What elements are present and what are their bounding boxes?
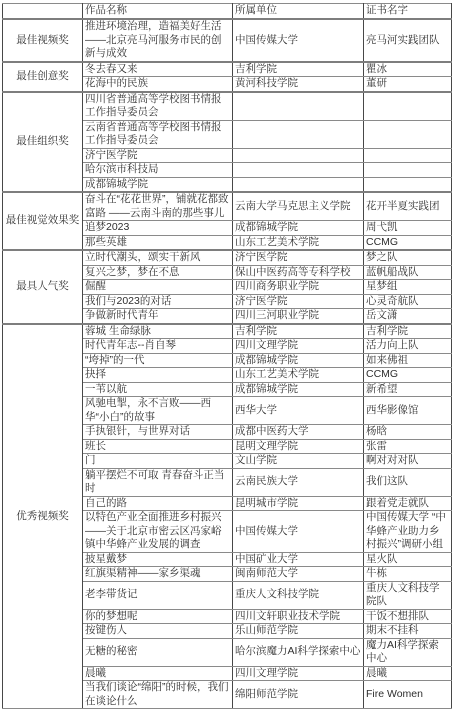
certificate-name-cell: 星梦组: [364, 280, 452, 295]
work-title-cell: 自己的路: [83, 496, 233, 511]
certificate-name-cell: 董研: [364, 77, 452, 92]
award-category-cell: 优秀视频奖: [3, 324, 83, 709]
certificate-name-cell: 瞿冰: [364, 62, 452, 77]
certificate-name-cell: [364, 163, 452, 178]
organization-cell: 成都锦城学院: [233, 221, 364, 236]
work-title-cell: 按键伤人: [83, 624, 233, 639]
work-title-cell: 倔醒: [83, 280, 233, 295]
organization-cell: 济宁医学院: [233, 294, 364, 309]
work-title-cell: 花海中的民族: [83, 77, 233, 92]
certificate-name-cell: Fire Women: [364, 681, 452, 709]
work-title-cell: 我们与2023的对话: [83, 294, 233, 309]
certificate-name-cell: 期末不挂科: [364, 624, 452, 639]
organization-cell: 济宁医学院: [233, 250, 364, 265]
organization-cell: 四川文理学院: [233, 666, 364, 681]
work-title-cell: 晨曦: [83, 666, 233, 681]
certificate-name-cell: [364, 120, 452, 148]
awards-table-body: 最佳视频奖推进环境治理，造福美好生活——北京亮马河服务市民的创新与成效中国传媒大…: [3, 19, 452, 709]
awards-table: 作品名称所属单位证书名字 最佳视频奖推进环境治理，造福美好生活——北京亮马河服务…: [2, 3, 452, 709]
organization-cell: 山东工艺美术学院: [233, 368, 364, 383]
certificate-name-cell: 牛栋: [364, 567, 452, 582]
table-row: 最佳视觉效果奖奋斗在“花花世界”，铺就花都致富路 ——云南斗南的那些事儿云南大学…: [3, 192, 452, 221]
certificate-name-cell: 梦之队: [364, 250, 452, 265]
certificate-name-cell: 活力向上队: [364, 339, 452, 354]
header-row: 作品名称所属单位证书名字: [3, 4, 452, 20]
work-title-cell: 躺平摆烂不可取 青春奋斗正当时: [83, 468, 233, 496]
work-title-cell: 当我们谈论“绵阳”的时候，我们在谈论什么: [83, 681, 233, 709]
organization-cell: 四川三河职业学院: [233, 309, 364, 324]
organization-cell: 成都锦城学院: [233, 382, 364, 397]
work-name-header: 作品名称: [83, 4, 233, 20]
work-title-cell: 蓉城 生命绿脉: [83, 324, 233, 339]
organization-cell: 黄河科技学院: [233, 77, 364, 92]
organization-cell: 昆明文理学院: [233, 439, 364, 454]
certificate-name-cell: 跟着党走就队: [364, 496, 452, 511]
organization-cell: [233, 148, 364, 163]
organization-cell: 昆明城市学院: [233, 496, 364, 511]
organization-cell: 绵阳师范学院: [233, 681, 364, 709]
certificate-name-cell: 啊对对对队: [364, 454, 452, 469]
certificate-name-cell: CCMG: [364, 235, 452, 250]
certificate-name-cell: 中国传媒大学 “中华蜂产业助力乡村振兴”调研小组: [364, 511, 452, 553]
work-title-cell: 云南省普通高等学校图书情报工作指导委员会: [83, 120, 233, 148]
organization-cell: 吉利学院: [233, 62, 364, 77]
certificate-name-cell: 干饭不想排队: [364, 609, 452, 624]
organization-cell: 山东工艺美术学院: [233, 235, 364, 250]
table-row: 优秀视频奖蓉城 生命绿脉吉利学院吉利学院: [3, 324, 452, 339]
awards-sheet: 作品名称所属单位证书名字 最佳视频奖推进环境治理，造福美好生活——北京亮马河服务…: [0, 0, 453, 709]
organization-cell: [233, 92, 364, 121]
organization-cell: 四川文轩职业技术学院: [233, 609, 364, 624]
work-title-cell: 一苇以航: [83, 382, 233, 397]
work-title-cell: 班长: [83, 439, 233, 454]
work-title-cell: 争做新时代青年: [83, 309, 233, 324]
work-title-cell: 复兴之梦，梦在不息: [83, 265, 233, 280]
organization-cell: 中国传媒大学: [233, 19, 364, 62]
organization-cell: 云南大学马克思主义学院: [233, 192, 364, 221]
organization-cell: 乐山师范学院: [233, 624, 364, 639]
award-category-cell: 最佳视觉效果奖: [3, 192, 83, 250]
organization-header: 所属单位: [233, 4, 364, 20]
organization-cell: 文山学院: [233, 454, 364, 469]
work-title-cell: 老李带货记: [83, 581, 233, 609]
organization-cell: 云南民族大学: [233, 468, 364, 496]
certificate-name-cell: 心灵奇航队: [364, 294, 452, 309]
organization-cell: [233, 163, 364, 178]
organization-cell: [233, 177, 364, 192]
certificate-name-cell: 我们这队: [364, 468, 452, 496]
work-title-cell: 推进环境治理，造福美好生活——北京亮马河服务市民的创新与成效: [83, 19, 233, 62]
work-title-cell: 时代青年志--肖自琴: [83, 339, 233, 354]
certificate-name-cell: 如来佛祖: [364, 353, 452, 368]
organization-cell: 中国矿业大学: [233, 552, 364, 567]
work-title-cell: 手执银针，与世界对话: [83, 425, 233, 440]
work-title-cell: 披星戴梦: [83, 552, 233, 567]
award-category-cell: 最佳视频奖: [3, 19, 83, 62]
certificate-name-cell: 西华影像馆: [364, 397, 452, 425]
work-title-cell: 冬去春又来: [83, 62, 233, 77]
certificate-name-cell: 新希望: [364, 382, 452, 397]
award-category-cell: 最佳组织奖: [3, 92, 83, 193]
certificate-name-cell: 亮马河实践团队: [364, 19, 452, 62]
work-title-cell: 四川省普通高等学校图书情报工作指导委员会: [83, 92, 233, 121]
work-title-cell: 风驰电掣，永不言败——西华“小白”的故事: [83, 397, 233, 425]
work-title-cell: 济宁医学院: [83, 148, 233, 163]
table-row: 最具人气奖立时代潮头，颂实干新风济宁医学院梦之队: [3, 250, 452, 265]
certificate-name-cell: 花开半夏实践团: [364, 192, 452, 221]
work-title-cell: “垮掉”的一代: [83, 353, 233, 368]
certificate-name-header: 证书名字: [364, 4, 452, 20]
certificate-name-cell: 张雷: [364, 439, 452, 454]
certificate-name-cell: 杨晗: [364, 425, 452, 440]
certificate-name-cell: [364, 177, 452, 192]
work-title-cell: 无糖的秘密: [83, 638, 233, 666]
certificate-name-cell: 魔力AI科学探索中心: [364, 638, 452, 666]
certificate-name-cell: 蓝帆船战队: [364, 265, 452, 280]
certificate-name-cell: 吉利学院: [364, 324, 452, 339]
organization-cell: 中国传媒大学: [233, 511, 364, 553]
work-title-cell: 追梦2023: [83, 221, 233, 236]
certificate-name-cell: [364, 92, 452, 121]
organization-cell: 重庆人文科技学院: [233, 581, 364, 609]
award-category-cell: 最具人气奖: [3, 250, 83, 324]
organization-cell: 成都中医药大学: [233, 425, 364, 440]
certificate-name-cell: 周弋凯: [364, 221, 452, 236]
certificate-name-cell: 星火队: [364, 552, 452, 567]
table-row: 最佳组织奖四川省普通高等学校图书情报工作指导委员会: [3, 92, 452, 121]
certificate-name-cell: 岳文潇: [364, 309, 452, 324]
organization-cell: [233, 120, 364, 148]
work-title-cell: 立时代潮头，颂实干新风: [83, 250, 233, 265]
table-row: 最佳视频奖推进环境治理，造福美好生活——北京亮马河服务市民的创新与成效中国传媒大…: [3, 19, 452, 62]
organization-cell: 成都锦城学院: [233, 353, 364, 368]
table-row: 最佳创意奖冬去春又来吉利学院瞿冰: [3, 62, 452, 77]
work-title-cell: 哈尔滨市科技局: [83, 163, 233, 178]
organization-cell: 保山中医药高等专科学校: [233, 265, 364, 280]
work-title-cell: 以特色产业全面推进乡村振兴——关于北京市密云区冯家峪镇中华蜂产业发展的调查: [83, 511, 233, 553]
certificate-name-cell: CCMG: [364, 368, 452, 383]
certificate-name-cell: [364, 148, 452, 163]
work-title-cell: 那些英雄: [83, 235, 233, 250]
work-title-cell: 红旗渠精神——家乡渠魂: [83, 567, 233, 582]
award-category-cell: 最佳创意奖: [3, 62, 83, 92]
organization-cell: 哈尔滨魔力AI科学探索中心: [233, 638, 364, 666]
work-title-cell: 门: [83, 454, 233, 469]
work-title-cell: 成都锦城学院: [83, 177, 233, 192]
certificate-name-cell: 重庆人文科技学院队: [364, 581, 452, 609]
work-title-cell: 你的梦想呢: [83, 609, 233, 624]
organization-cell: 西华大学: [233, 397, 364, 425]
organization-cell: 吉利学院: [233, 324, 364, 339]
work-title-cell: 抉择: [83, 368, 233, 383]
organization-cell: 四川文理学院: [233, 339, 364, 354]
organization-cell: 闽南师范大学: [233, 567, 364, 582]
certificate-name-cell: 晨曦: [364, 666, 452, 681]
organization-cell: 四川商务职业学院: [233, 280, 364, 295]
category-column-header: [3, 4, 83, 20]
work-title-cell: 奋斗在“花花世界”，铺就花都致富路 ——云南斗南的那些事儿: [83, 192, 233, 221]
